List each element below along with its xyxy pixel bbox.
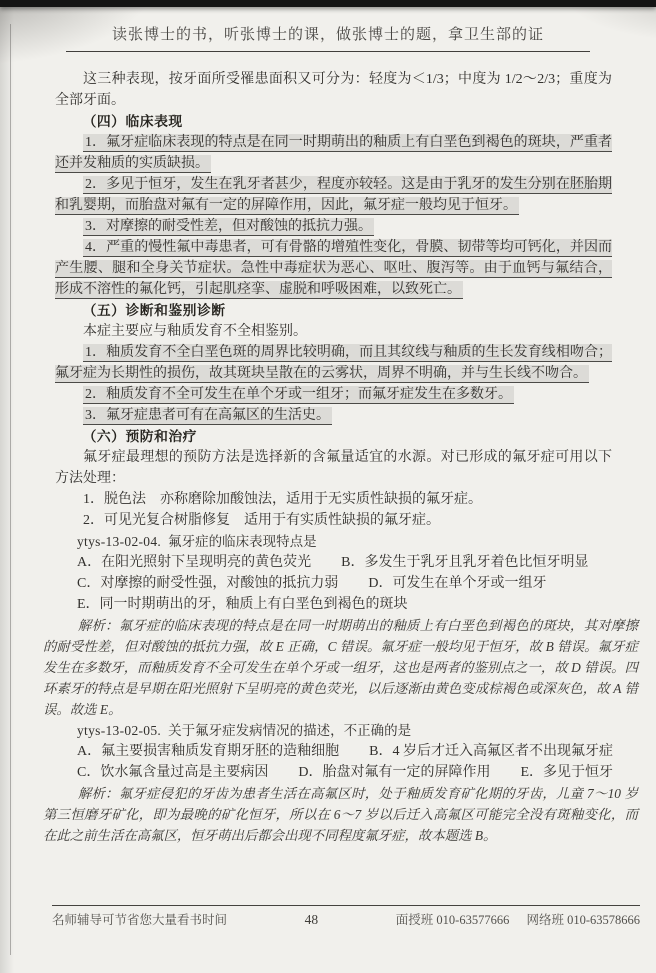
- footer-rule: [52, 905, 640, 906]
- question-2-code-line: ytys-13-02-05.关于氟牙症发病情况的描述，不正确的是: [55, 720, 612, 741]
- clinical-point-4: 4．严重的慢性氟中毒患者，可有骨骼的增殖性变化，骨膜、韧带等均可钙化，并因而产生…: [55, 237, 612, 300]
- question-2-stem: 关于氟牙症发病情况的描述，不正确的是: [168, 723, 411, 738]
- question-1-option-row: A．在阳光照射下呈现明亮的黄色荧光 B．多发生于乳牙且乳牙着色比恒牙明显: [55, 552, 612, 573]
- option-e: E．同一时期萌出的牙，釉质上有白垩色到褐色的斑块: [77, 594, 408, 615]
- footer-phone-inperson: 面授班 010-63577666: [396, 913, 510, 927]
- question-1-option-row: E．同一时期萌出的牙，釉质上有白垩色到褐色的斑块: [55, 594, 612, 615]
- question-2-option-row: C．饮水氟含量过高是主要病因 D．胎盘对氟有一定的屏障作用 E．多见于恒牙: [55, 762, 612, 783]
- diagnosis-point-3: 3．氟牙症患者可有在高氟区的生活史。: [55, 405, 612, 426]
- option-b: B．多发生于乳牙且乳牙着色比恒牙明显: [341, 552, 588, 573]
- scan-top-shadow-band: [0, 0, 656, 7]
- highlighted-text: 1．氟牙症临床表现的特点是在同一时期萌出的釉质上有白垩色到褐色的斑块，严重者还并…: [55, 134, 612, 173]
- prevention-method-1: 1．脱色法 亦称磨除加酸蚀法，适用于无实质性缺损的氟牙症。: [55, 489, 612, 510]
- page-body: 这三种表现，按牙面所受罹患面积又可分为：轻度为＜1/3；中度为 1/2～2/3；…: [55, 69, 612, 846]
- section-heading-clinical: （四）临床表现: [55, 111, 612, 132]
- section-heading-prevention: （六）预防和治疗: [55, 426, 612, 447]
- highlighted-text: 3．对摩擦的耐受性差，但对酸蚀的抵抗力强。: [83, 218, 374, 236]
- section-heading-diagnosis: （五）诊断和鉴别诊断: [55, 300, 612, 321]
- option-a: A．氟主要损害釉质发育期牙胚的造釉细胞: [77, 741, 339, 762]
- highlighted-text: 2．多见于恒牙，发生在乳牙者甚少，程度亦较轻。这是由于乳牙的发生分别在胚胎期和乳…: [55, 176, 612, 215]
- diagnosis-point-1: 1．釉质发育不全白垩色斑的周界比较明确，而且其纹线与釉质的生长发育线相吻合；氟牙…: [55, 342, 612, 384]
- question-1-code-line: ytys-13-02-04.氟牙症的临床表现特点是: [55, 531, 612, 552]
- header-rule: [66, 51, 590, 52]
- diagnosis-point-2: 2．釉质发育不全可发生在单个牙或一组牙；而氟牙症发生在多数牙。: [55, 384, 612, 405]
- intro-paragraph: 这三种表现，按牙面所受罹患面积又可分为：轻度为＜1/3；中度为 1/2～2/3；…: [55, 69, 612, 111]
- option-d: D．可发生在单个牙或一组牙: [368, 573, 546, 594]
- option-d: D．胎盘对氟有一定的屏障作用: [298, 762, 490, 783]
- footer-contacts: 面授班 010-63577666 网络班 010-63578666: [396, 910, 640, 928]
- scanned-book-page: 读张博士的书，听张博士的课，做张博士的题，拿卫生部的证 这三种表现，按牙面所受罹…: [0, 0, 656, 973]
- clinical-point-3: 3．对摩擦的耐受性差，但对酸蚀的抵抗力强。: [55, 216, 612, 237]
- highlighted-text: 3．氟牙症患者可有在高氟区的生活史。: [83, 407, 332, 425]
- footer-phone-online: 网络班 010-63578666: [526, 913, 640, 927]
- header-slogan: 读张博士的书，听张博士的课，做张博士的题，拿卫生部的证: [0, 23, 656, 44]
- highlighted-text: 4．严重的慢性氟中毒患者，可有骨骼的增殖性变化，骨膜、韧带等均可钙化，并因而产生…: [55, 239, 612, 299]
- question-2-analysis: 解析：氟牙症侵犯的牙齿为患者生活在高氟区时，处于釉质发育矿化期的牙齿，儿童 7～…: [43, 783, 638, 846]
- footer-slogan: 名师辅导可节省您大量看书时间: [52, 910, 227, 928]
- question-2-option-row: A．氟主要损害釉质发育期牙胚的造釉细胞 B．4 岁后才迁入高氟区者不出现氟牙症: [55, 741, 612, 762]
- page-number: 48: [227, 912, 396, 928]
- question-2-code: ytys-13-02-05.: [77, 723, 161, 738]
- diagnosis-lead: 本症主要应与釉质发育不全相鉴别。: [55, 321, 612, 342]
- option-c: C．饮水氟含量过高是主要病因: [77, 762, 268, 783]
- clinical-point-1: 1．氟牙症临床表现的特点是在同一时期萌出的釉质上有白垩色到褐色的斑块，严重者还并…: [55, 132, 612, 174]
- option-c: C．对摩擦的耐受性强，对酸蚀的抵抗力弱: [77, 573, 338, 594]
- question-1-analysis: 解析：氟牙症的临床表现的特点是在同一时期萌出的釉质上有白垩色到褐色的斑块，其对摩…: [43, 615, 638, 720]
- question-1-option-row: C．对摩擦的耐受性强，对酸蚀的抵抗力弱 D．可发生在单个牙或一组牙: [55, 573, 612, 594]
- prevention-method-2: 2．可见光复合树脂修复 适用于有实质性缺损的氟牙症。: [55, 510, 612, 531]
- question-1-stem: 氟牙症的临床表现特点是: [168, 534, 317, 549]
- page-footer: 名师辅导可节省您大量看书时间 48 面授班 010-63577666 网络班 0…: [52, 905, 640, 928]
- question-1-code: ytys-13-02-04.: [77, 534, 161, 549]
- option-e: E．多见于恒牙: [520, 762, 613, 783]
- prevention-lead: 氟牙症最理想的预防方法是选择新的含氟量适宜的水源。对已形成的氟牙症可用以下方法处…: [55, 447, 612, 489]
- option-b: B．4 岁后才迁入高氟区者不出现氟牙症: [369, 741, 613, 762]
- highlighted-text: 1．釉质发育不全白垩色斑的周界比较明确，而且其纹线与釉质的生长发育线相吻合；氟牙…: [55, 344, 612, 383]
- option-a: A．在阳光照射下呈现明亮的黄色荧光: [77, 552, 311, 573]
- clinical-point-2: 2．多见于恒牙，发生在乳牙者甚少，程度亦较轻。这是由于乳牙的发生分别在胚胎期和乳…: [55, 174, 612, 216]
- highlighted-text: 2．釉质发育不全可发生在单个牙或一组牙；而氟牙症发生在多数牙。: [83, 386, 514, 404]
